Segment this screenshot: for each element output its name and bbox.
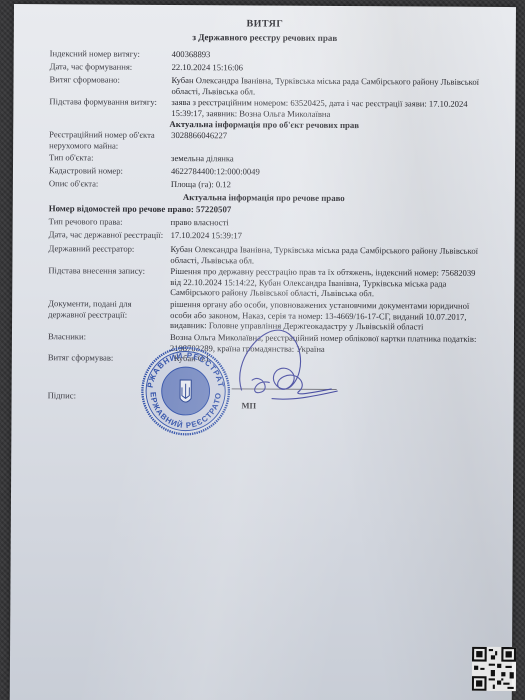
field-value: право власності — [171, 217, 479, 229]
field-label: Дата, час формування: — [50, 61, 172, 72]
field-basis: Підстава формування витягу: заява з реєс… — [49, 96, 479, 120]
field-formed-datetime: Дата, час формування: 22.10.2024 15:16:0… — [50, 61, 480, 74]
field-value: Кубан Олександра Іванівна, Турківська мі… — [171, 75, 479, 98]
field-label: Реєстраційний номер об'єкта нерухомого м… — [49, 129, 171, 151]
field-object-type: Тип об'єкта: земельна ділянка — [49, 152, 479, 165]
field-entry-basis: Підстава внесення запису: Рішення про де… — [48, 265, 478, 299]
field-index-number: Індексний номер витягу: 400368893 — [50, 48, 480, 61]
field-label: Тип речового права: — [49, 216, 171, 227]
field-value: Площа (га): 0.12 — [171, 179, 479, 191]
extract-document: ВИТЯГ з Державного реєстру речових прав … — [10, 4, 516, 700]
field-label: Документи, подані для державної реєстрац… — [48, 298, 170, 330]
field-value: 4622784400:12:000:0049 — [171, 166, 479, 178]
field-value: 22.10.2024 15:16:06 — [172, 62, 480, 74]
document-title: ВИТЯГ — [14, 17, 516, 31]
field-object-description: Опис об'єкта: Площа (га): 0.12 — [49, 178, 479, 191]
field-label: Опис об'єкта: — [49, 178, 171, 189]
handwritten-signature-icon — [212, 320, 343, 411]
qr-code-icon — [472, 647, 516, 691]
right-section-heading: Актуальна інформація про речове право — [13, 191, 515, 204]
field-value: 400368893 — [172, 49, 480, 61]
field-state-registrar: Державний реєстратор: Кубан Олександра І… — [48, 243, 478, 267]
field-label: Індексний номер витягу: — [50, 48, 172, 59]
field-label: Державний реєстратор: — [48, 243, 170, 265]
field-formed-by: Витяг сформовано: Кубан Олександра Івані… — [49, 74, 479, 98]
field-value: земельна ділянка — [171, 153, 479, 165]
field-label: Дата, час державної реєстрації: — [49, 229, 171, 240]
field-value: Кубан Олександра Іванівна, Турківська мі… — [170, 244, 478, 267]
field-right-type: Тип речового права: право власності — [49, 216, 479, 229]
field-label: Тип об'єкта: — [49, 152, 171, 163]
field-value: заява з реєстраційним номером: 63520425,… — [171, 97, 479, 120]
field-registration-datetime: Дата, час державної реєстрації: 17.10.20… — [49, 229, 479, 242]
field-label: Кадастровий номер: — [49, 165, 171, 176]
field-object-reg-number: Реєстраційний номер об'єкта нерухомого м… — [49, 129, 479, 153]
field-value: 17.10.2024 15:39:17 — [171, 230, 479, 242]
field-value: Рішення про державну реєстрацію прав та … — [170, 266, 478, 299]
document-subtitle: з Державного реєстру речових прав — [14, 31, 516, 44]
field-label: Витяг сформовано: — [49, 74, 171, 96]
field-value: 3028866046227 — [171, 130, 479, 153]
field-label: Підстава формування витягу: — [49, 96, 171, 118]
right-record-number: Номер відомостей про речове право: 57220… — [49, 203, 232, 214]
field-cadastral-number: Кадастровий номер: 4622784400:12:000:004… — [49, 165, 479, 178]
field-label: Підстава внесення запису: — [48, 265, 170, 297]
